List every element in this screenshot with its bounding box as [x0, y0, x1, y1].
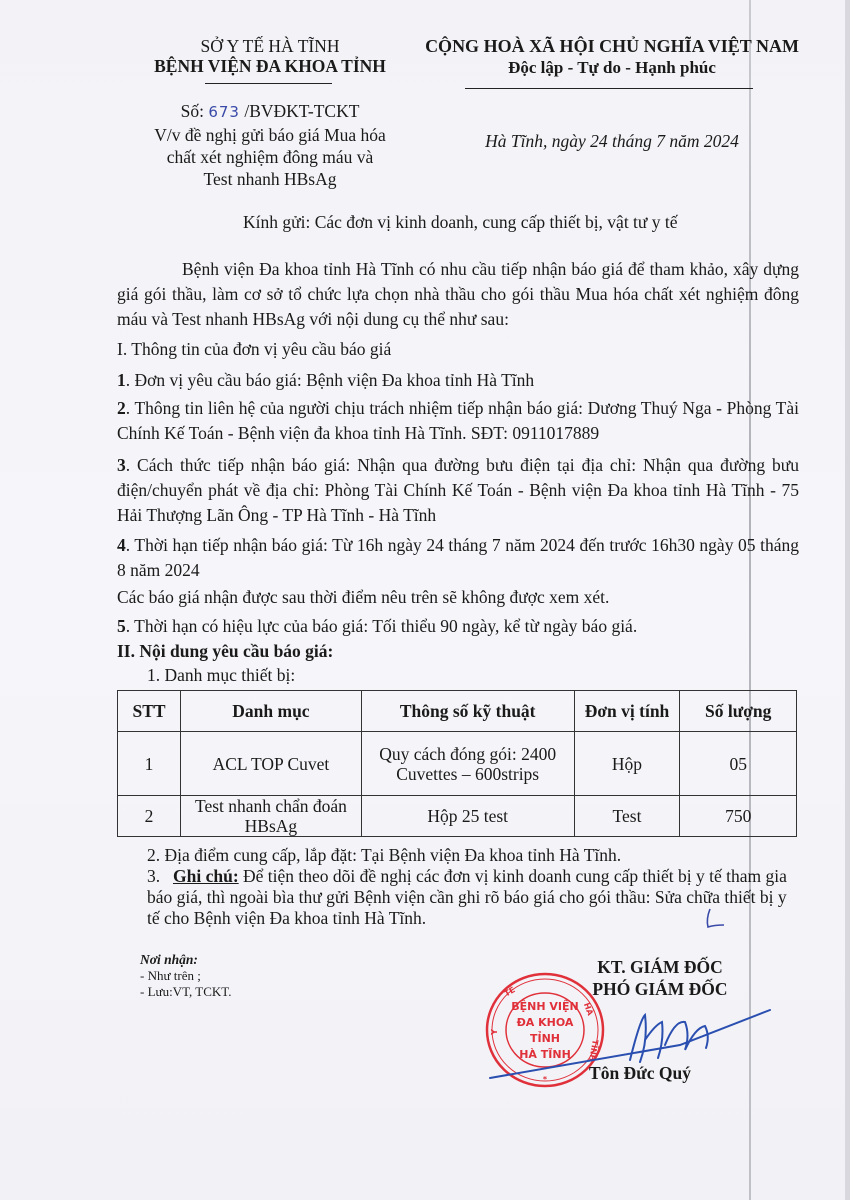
item-text: . Thông tin liên hệ của người chịu trách… — [117, 398, 799, 443]
cell-qty: 750 — [680, 796, 797, 837]
cell-name: Test nhanh chẩn đoán HBsAg — [181, 796, 362, 837]
signer-name: Tôn Đức Quý — [560, 1063, 720, 1084]
subject-line: Test nhanh HBsAg — [130, 168, 410, 190]
col-name: Danh mục — [181, 691, 362, 732]
item-number: 3 — [117, 455, 126, 475]
item-text: . Thời hạn tiếp nhận báo giá: Từ 16h ngà… — [117, 535, 799, 580]
item-text: . Cách thức tiếp nhận báo giá: Nhận qua … — [117, 455, 799, 525]
item-number: 2 — [117, 398, 126, 418]
section-2-item-2: 2. Địa điểm cung cấp, lắp đặt: Tại Bệnh … — [147, 845, 837, 866]
national-motto: Độc lập - Tự do - Hạnh phúc — [424, 58, 800, 78]
section-1-item-4: 4. Thời hạn tiếp nhận báo giá: Từ 16h ng… — [117, 533, 799, 583]
scan-edge — [845, 0, 850, 1200]
national-title: CỘNG HOÀ XÃ HỘI CHỦ NGHĨA VIỆT NAM — [424, 36, 800, 57]
document-page: SỞ Y TẾ HÀ TĨNH BỆNH VIỆN ĐA KHOA TỈNH C… — [0, 0, 850, 1200]
motto-underline — [465, 88, 753, 89]
org-parent: SỞ Y TẾ HÀ TĨNH — [130, 36, 410, 57]
col-stt: STT — [118, 691, 181, 732]
handwritten-tick-icon — [700, 905, 730, 935]
item-number: 5 — [117, 616, 126, 636]
doc-number-prefix: Số: — [181, 101, 204, 121]
item-number: 1 — [117, 370, 126, 390]
note-label: Ghi chú: — [173, 866, 239, 886]
salutation: Kính gửi: Các đơn vị kinh doanh, cung cấ… — [243, 212, 678, 233]
section-1-item-3: 3. Cách thức tiếp nhận báo giá: Nhận qua… — [117, 453, 799, 528]
item-text: . Đơn vị yêu cầu báo giá: Bệnh viện Đa k… — [126, 370, 534, 390]
document-subject: V/v đề nghị gửi báo giá Mua hóa chất xét… — [130, 124, 410, 190]
section-1-title: I. Thông tin của đơn vị yêu cầu báo giá — [117, 339, 807, 360]
col-unit: Đơn vị tính — [574, 691, 680, 732]
cell-stt: 2 — [118, 796, 181, 837]
recipients-title: Nơi nhận: — [140, 952, 232, 968]
col-spec: Thông số kỹ thuật — [361, 691, 574, 732]
intro-paragraph: Bệnh viện Đa khoa tỉnh Hà Tĩnh có nhu cầ… — [117, 257, 799, 332]
cell-name: ACL TOP Cuvet — [181, 732, 362, 796]
section-2-item-1: 1. Danh mục thiết bị: — [147, 665, 837, 686]
section-2-title: II. Nội dung yêu cầu báo giá: — [117, 641, 807, 662]
note-text: Để tiện theo dõi đề nghị các đơn vị kinh… — [147, 866, 787, 928]
late-notice: Các báo giá nhận được sau thời điểm nêu … — [117, 587, 807, 608]
document-number: Số: 673 /BVĐKT-TCKT — [130, 101, 410, 122]
col-qty: Số lượng — [680, 691, 797, 732]
subject-line: V/v đề nghị gửi báo giá Mua hóa — [130, 124, 410, 146]
recipient-item: - Như trên ; — [140, 968, 232, 984]
section-1-item-5: 5. Thời hạn có hiệu lực của báo giá: Tối… — [117, 616, 807, 637]
cell-spec: Hộp 25 test — [361, 796, 574, 837]
cell-unit: Test — [574, 796, 680, 837]
subject-line: chất xét nghiệm đông máu và — [130, 146, 410, 168]
date-line: Hà Tĩnh, ngày 24 tháng 7 năm 2024 — [424, 131, 800, 152]
equipment-table: STT Danh mục Thông số kỹ thuật Đơn vị tí… — [117, 690, 797, 837]
table-header-row: STT Danh mục Thông số kỹ thuật Đơn vị tí… — [118, 691, 797, 732]
section-1-item-1: 1. Đơn vị yêu cầu báo giá: Bệnh viện Đa … — [117, 370, 807, 391]
cell-unit: Hộp — [574, 732, 680, 796]
cell-qty: 05 — [680, 732, 797, 796]
item-text: . Thời hạn có hiệu lực của báo giá: Tối … — [126, 616, 637, 636]
recipients-block: Nơi nhận: - Như trên ; - Lưu:VT, TCKT. — [140, 952, 232, 1000]
cell-spec: Quy cách đóng gói: 2400 Cuvettes – 600st… — [361, 732, 574, 796]
table-row: 2 Test nhanh chẩn đoán HBsAg Hộp 25 test… — [118, 796, 797, 837]
cell-stt: 1 — [118, 732, 181, 796]
item-number: 3. — [147, 866, 173, 887]
section-1-item-2: 2. Thông tin liên hệ của người chịu trác… — [117, 396, 799, 446]
table-row: 1 ACL TOP Cuvet Quy cách đóng gói: 2400 … — [118, 732, 797, 796]
item-number: 4 — [117, 535, 126, 555]
org-underline — [205, 83, 332, 84]
recipient-item: - Lưu:VT, TCKT. — [140, 984, 232, 1000]
doc-number-suffix: /BVĐKT-TCKT — [244, 101, 359, 121]
doc-number-handwritten: 673 — [208, 103, 240, 121]
org-name: BỆNH VIỆN ĐA KHOA TỈNH — [130, 56, 410, 77]
